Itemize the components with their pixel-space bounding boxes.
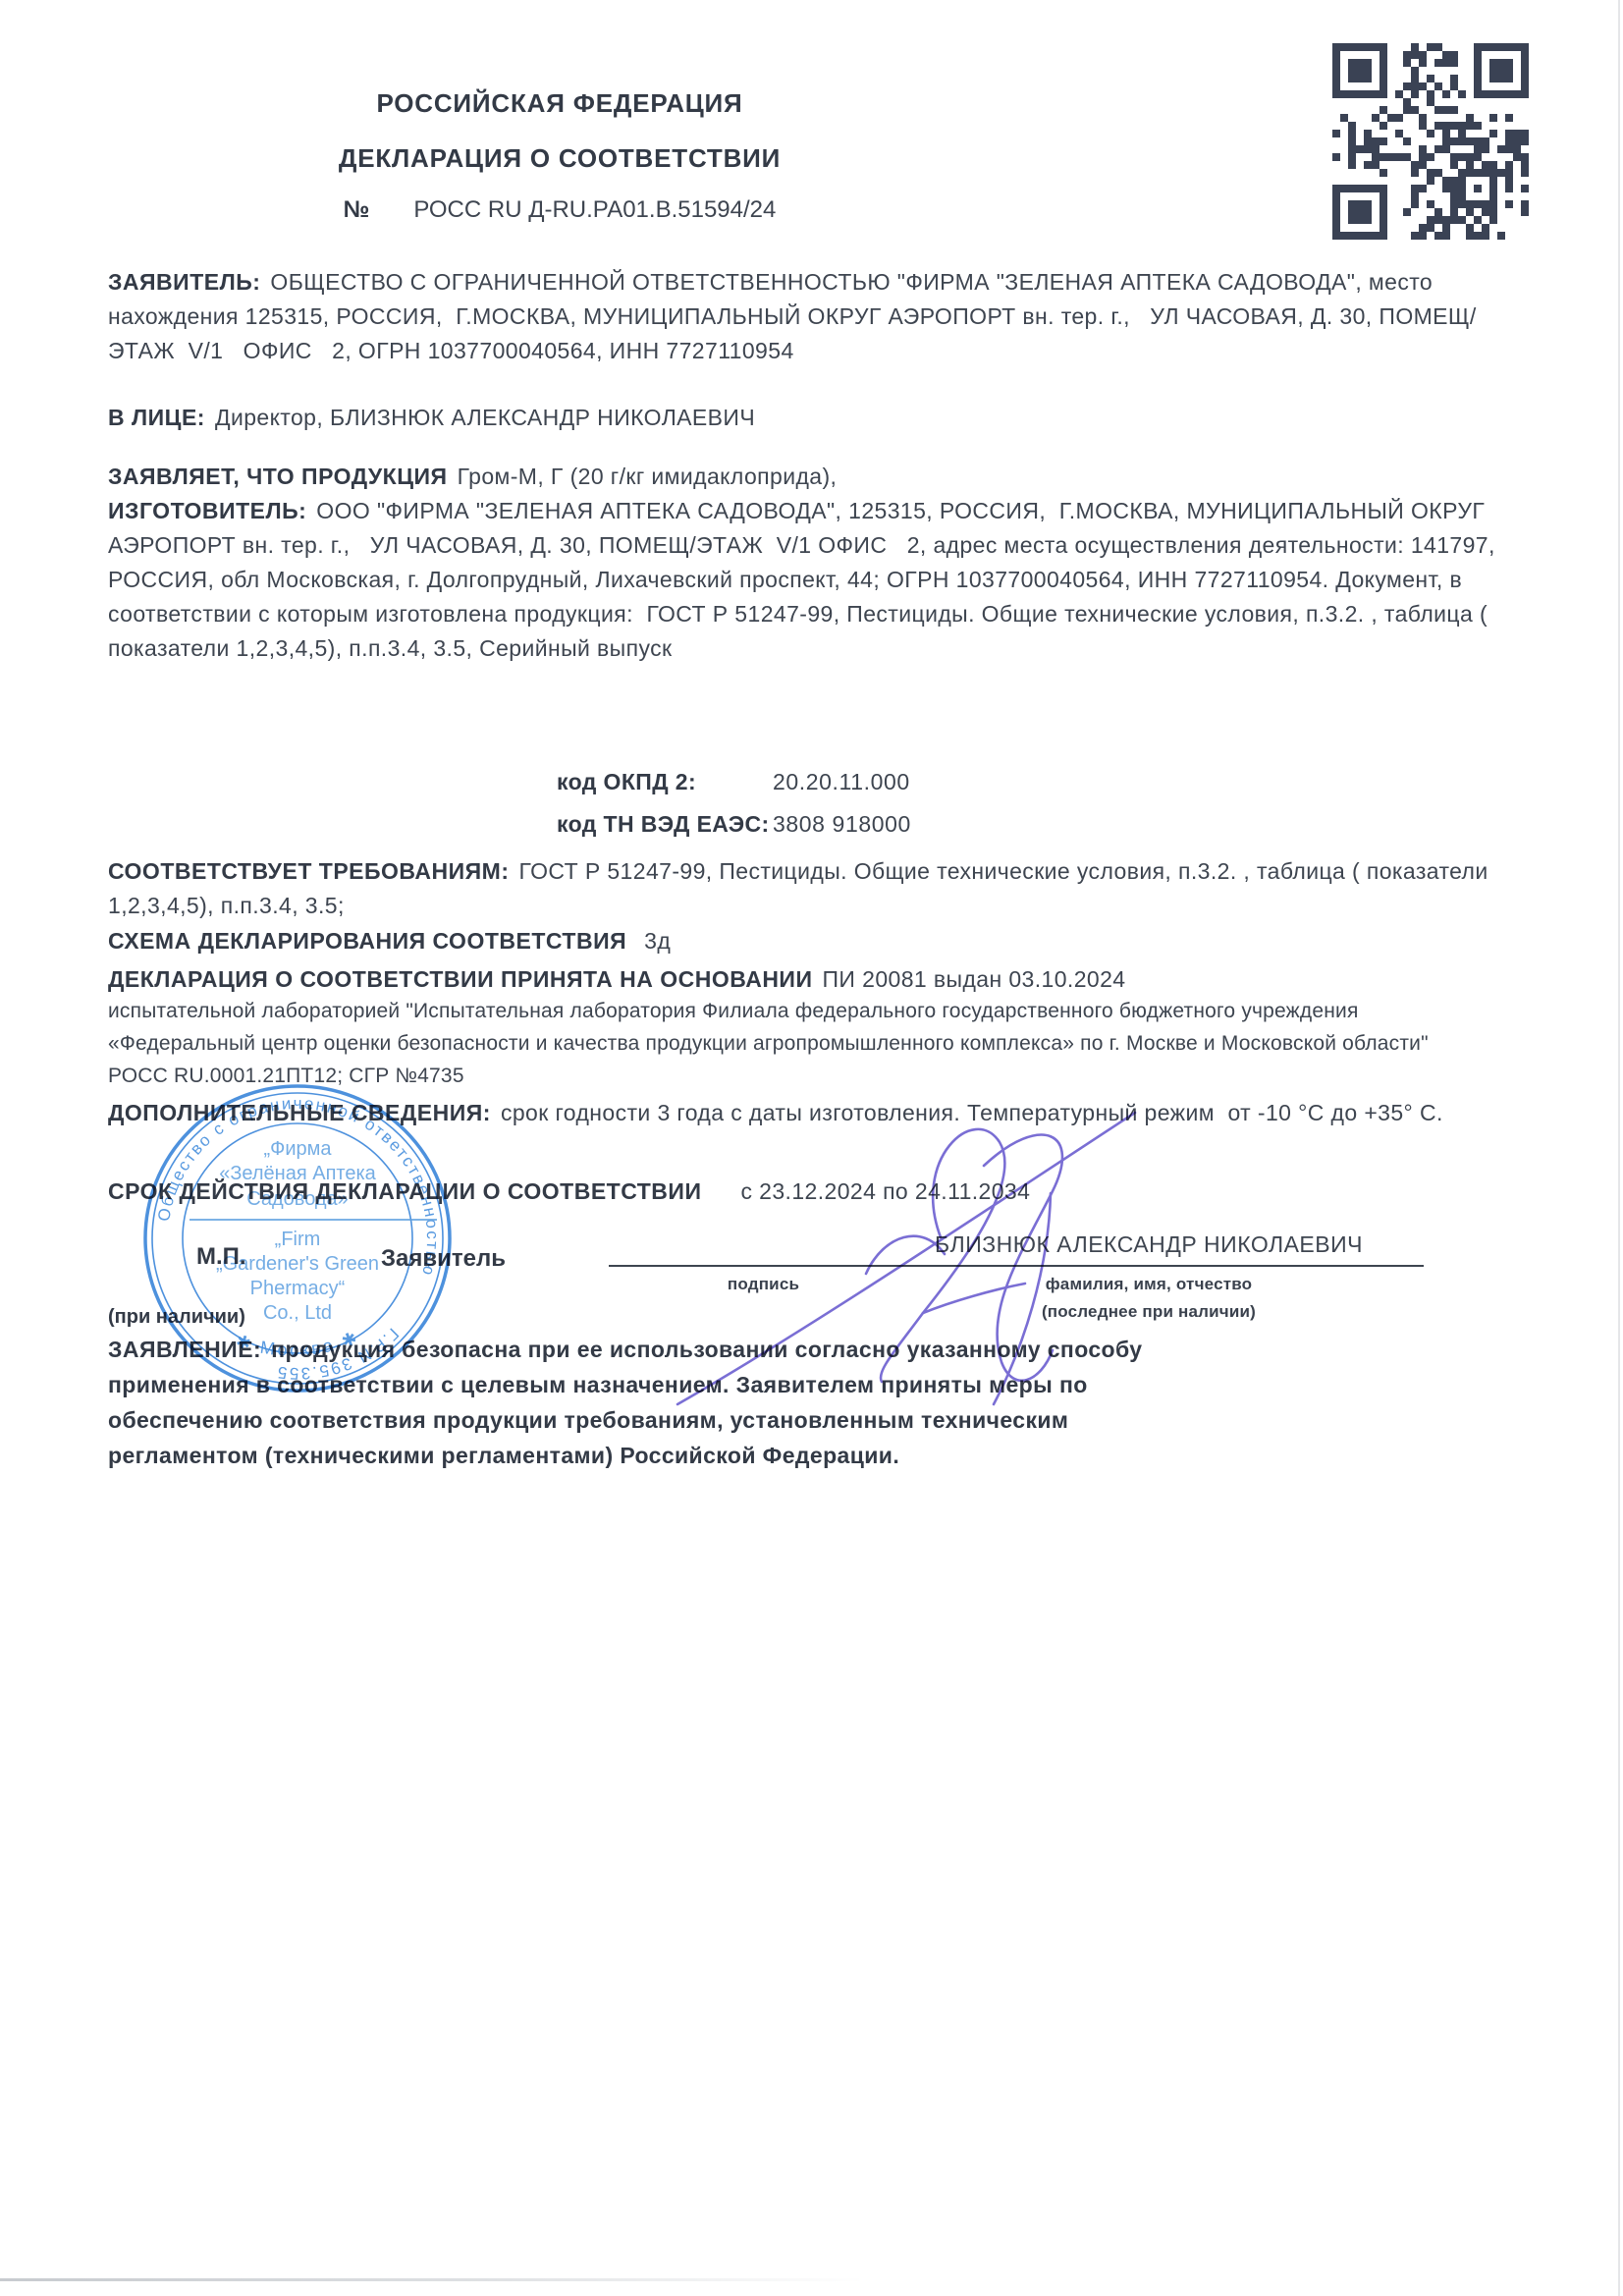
number-sign: № (344, 196, 370, 223)
scan-edge-artifact (0, 2278, 864, 2281)
scan-edge-artifact-right (1618, 0, 1620, 2296)
stamp-city: ✱ Москва ✱ (234, 1327, 362, 1359)
svg-text:Co., Ltd: Co., Ltd (263, 1302, 332, 1324)
stamp-inner-text: „Фирма «Зелёная Аптека Садовода» „Firm „… (216, 1138, 379, 1324)
manufacturer-paragraph: ИЗГОТОВИТЕЛЬ:ООО "ФИРМА "ЗЕЛЕНАЯ АПТЕКА … (108, 494, 1519, 666)
handwritten-signature (628, 1075, 1178, 1429)
company-stamp: Общество с ограниченной ответственностью… (88, 1070, 520, 1409)
declaration-document: РОССИЙСКАЯ ФЕДЕРАЦИЯ ДЕКЛАРАЦИЯ О СООТВЕ… (0, 0, 1623, 2296)
tnved-code-value: 3808 918000 (773, 811, 911, 838)
country-header: РОССИЙСКАЯ ФЕДЕРАЦИЯ (0, 88, 1119, 119)
applicant-label: ЗАЯВИТЕЛЬ: (108, 269, 260, 295)
document-title: ДЕКЛАРАЦИЯ О СООТВЕТСТВИИ (0, 143, 1119, 174)
qr-code (1332, 43, 1529, 240)
manufacturer-text: ООО "ФИРМА "ЗЕЛЕНАЯ АПТЕКА САДОВОДА", 12… (108, 498, 1502, 661)
basis-paragraph: ДЕКЛАРАЦИЯ О СООТВЕТСТВИИ ПРИНЯТА НА ОСН… (108, 962, 1519, 997)
svg-text:„Firm: „Firm (275, 1229, 321, 1250)
in-person-text: Директор, БЛИЗНЮК АЛЕКСАНДР НИКОЛАЕВИЧ (215, 405, 755, 430)
product-label: ЗАЯВЛЯЕТ, ЧТО ПРОДУКЦИЯ (108, 464, 448, 489)
complies-label: СООТВЕТСТВУЕТ ТРЕБОВАНИЯМ: (108, 858, 510, 884)
applicant-text: ОБЩЕСТВО С ОГРАНИЧЕННОЙ ОТВЕТСТВЕННОСТЬЮ… (108, 269, 1477, 363)
scheme-value: 3д (644, 928, 671, 954)
tnved-code-label: код ТН ВЭД ЕАЭС: (557, 811, 770, 838)
basis-label: ДЕКЛАРАЦИЯ О СООТВЕТСТВИИ ПРИНЯТА НА ОСН… (108, 966, 813, 992)
scheme-paragraph: СХЕМА ДЕКЛАРИРОВАНИЯ СООТВЕТСТВИЯ3д (108, 924, 1519, 958)
scheme-label: СХЕМА ДЕКЛАРИРОВАНИЯ СООТВЕТСТВИЯ (108, 928, 626, 954)
product-paragraph: ЗАЯВЛЯЕТ, ЧТО ПРОДУКЦИЯГром-М, Г (20 г/к… (108, 460, 1519, 494)
svg-text:«Зелёная Аптека: «Зелёная Аптека (219, 1163, 376, 1184)
product-text: Гром-М, Г (20 г/кг имидаклоприда), (458, 464, 838, 489)
declaration-number-line: №РОСС RU Д-RU.РА01.В.51594/24 (0, 196, 1119, 224)
declaration-number: РОСС RU Д-RU.РА01.В.51594/24 (413, 196, 776, 223)
complies-paragraph: СООТВЕТСТВУЕТ ТРЕБОВАНИЯМ:ГОСТ Р 51247-9… (108, 854, 1519, 923)
okpd-code-label: код ОКПД 2: (557, 769, 696, 795)
svg-text:„Gardener's Green: „Gardener's Green (216, 1253, 379, 1275)
svg-text:Phermacy“: Phermacy“ (250, 1278, 346, 1299)
svg-text:„Фирма: „Фирма (263, 1138, 332, 1160)
in-person-paragraph: В ЛИЦЕ:Директор, БЛИЗНЮК АЛЕКСАНДР НИКОЛ… (108, 401, 1519, 435)
svg-text:Садовода»: Садовода» (246, 1188, 349, 1210)
okpd-code-value: 20.20.11.000 (773, 769, 910, 795)
basis-value: ПИ 20081 выдан 03.10.2024 (823, 966, 1126, 992)
applicant-paragraph: ЗАЯВИТЕЛЬ:ОБЩЕСТВО С ОГРАНИЧЕННОЙ ОТВЕТС… (108, 265, 1519, 368)
in-person-label: В ЛИЦЕ: (108, 405, 205, 430)
manufacturer-label: ИЗГОТОВИТЕЛЬ: (108, 498, 306, 523)
